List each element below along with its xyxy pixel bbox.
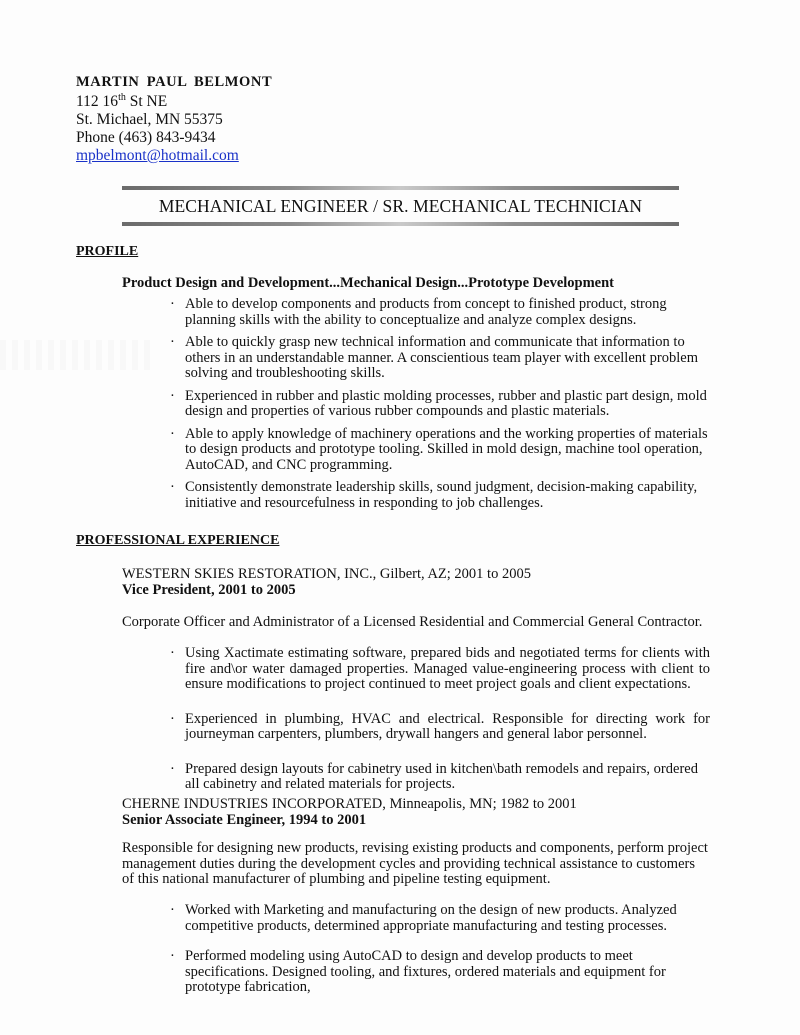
email-link[interactable]: mpbelmont@hotmail.com (76, 147, 272, 165)
bullet-icon: · (170, 712, 175, 728)
list-item: ·Using Xactimate estimating software, pr… (170, 646, 710, 693)
role-line: Vice President, 2001 to 2005 (122, 582, 531, 598)
bullet-icon: · (170, 297, 175, 313)
experience-heading: PROFESSIONAL EXPERIENCE (76, 533, 279, 549)
bullet-icon: · (170, 335, 175, 351)
list-item: ·Able to quickly grasp new technical inf… (170, 335, 710, 382)
list-item: ·Prepared design layouts for cabinetry u… (170, 762, 710, 793)
list-item: ·Consistently demonstrate leadership ski… (170, 480, 710, 511)
bullet-icon: · (170, 903, 175, 919)
role-line: Senior Associate Engineer, 1994 to 2001 (122, 812, 577, 828)
job-bullets: ·Worked with Marketing and manufacturing… (170, 903, 710, 1003)
job-summary: Responsible for designing new products, … (122, 841, 710, 888)
list-item: ·Experienced in plumbing, HVAC and elect… (170, 712, 710, 743)
list-item: ·Worked with Marketing and manufacturing… (170, 903, 710, 934)
phone-line: Phone (463) 843-9434 (76, 129, 272, 147)
job-summary: Corporate Officer and Administrator of a… (122, 615, 710, 631)
bullet-icon: · (170, 949, 175, 965)
bullet-icon: · (170, 762, 175, 778)
profile-bullets: ·Able to develop components and products… (170, 297, 710, 518)
profile-heading: PROFILE (76, 244, 138, 260)
title-rule-bottom (122, 222, 679, 226)
profile-subheading: Product Design and Development...Mechani… (122, 275, 614, 292)
bullet-icon: · (170, 646, 175, 662)
job-bullets: ·Using Xactimate estimating software, pr… (170, 646, 710, 800)
title-banner: MECHANICAL ENGINEER / SR. MECHANICAL TEC… (122, 186, 679, 226)
job-title: MECHANICAL ENGINEER / SR. MECHANICAL TEC… (122, 190, 679, 222)
bullet-icon: · (170, 427, 175, 443)
job-header: CHERNE INDUSTRIES INCORPORATED, Minneapo… (122, 796, 577, 828)
scan-artifact (0, 340, 150, 370)
list-item: ·Experienced in rubber and plastic moldi… (170, 389, 710, 420)
list-item: ·Performed modeling using AutoCAD to des… (170, 949, 710, 996)
address-line: 112 16th St NE (76, 93, 272, 111)
city-line: St. Michael, MN 55375 (76, 111, 272, 129)
company-line: CHERNE INDUSTRIES INCORPORATED, Minneapo… (122, 796, 577, 812)
resume-page: MARTIN PAUL BELMONT 112 16th St NE St. M… (0, 0, 800, 1035)
bullet-icon: · (170, 389, 175, 405)
company-line: WESTERN SKIES RESTORATION, INC., Gilbert… (122, 566, 531, 582)
job-header: WESTERN SKIES RESTORATION, INC., Gilbert… (122, 566, 531, 598)
list-item: ·Able to apply knowledge of machinery op… (170, 427, 710, 474)
list-item: ·Able to develop components and products… (170, 297, 710, 328)
bullet-icon: · (170, 480, 175, 496)
candidate-name: MARTIN PAUL BELMONT (76, 73, 272, 91)
contact-block: MARTIN PAUL BELMONT 112 16th St NE St. M… (76, 73, 272, 165)
